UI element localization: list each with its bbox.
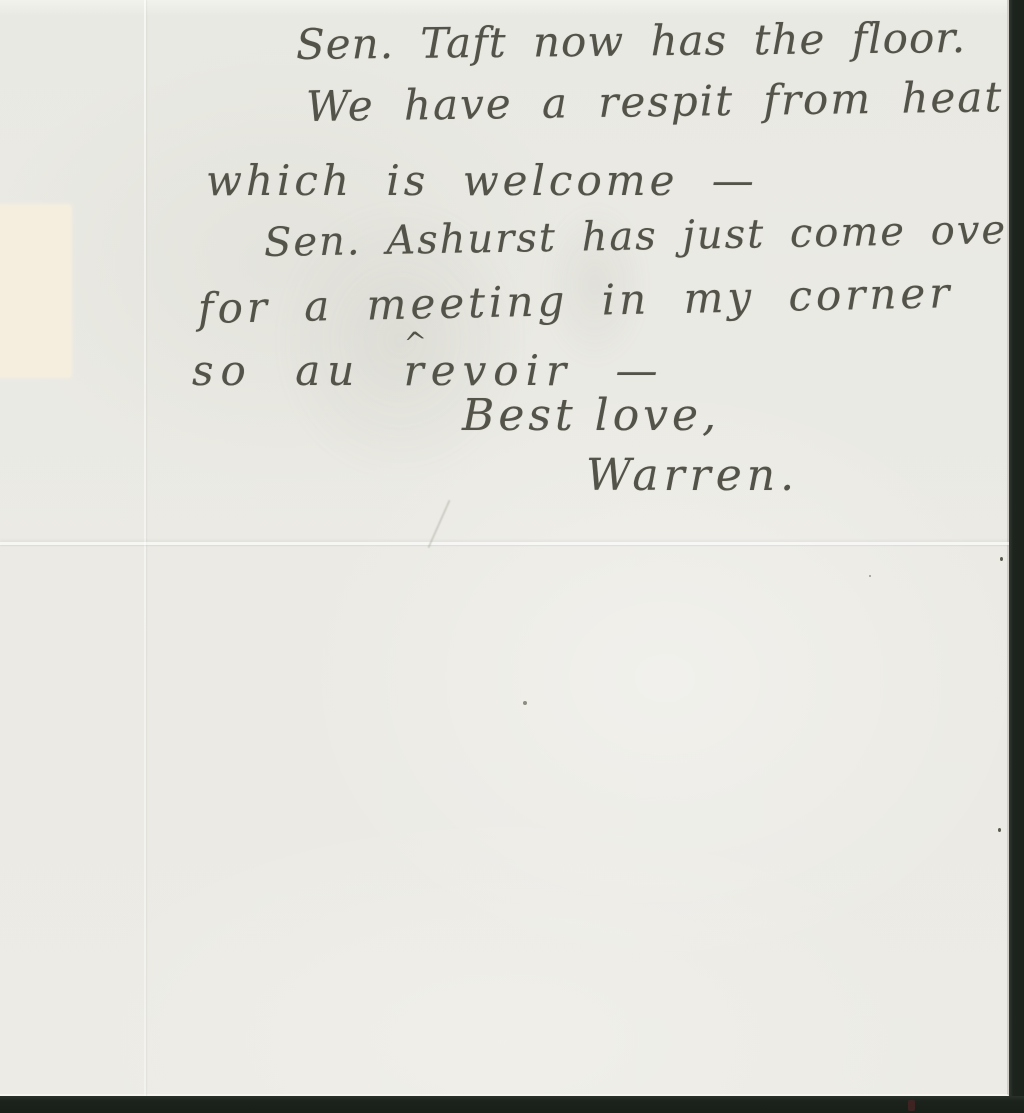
dust-speck	[998, 828, 1001, 832]
dust-speck	[1000, 557, 1003, 561]
dust-speck	[523, 701, 527, 705]
letter-page: Sen. Taft now has the floor. We have a r…	[0, 0, 1009, 1096]
handwriting-line-1: Sen. Taft now has the floor.	[296, 13, 967, 69]
scan-backing-bottom	[0, 1096, 1024, 1113]
paper-patch	[0, 204, 72, 378]
scanned-letter: Sen. Taft now has the floor. We have a r…	[0, 0, 1024, 1113]
handwriting-line-2: We have a respit from heat	[306, 72, 1004, 131]
dust-speck	[869, 575, 871, 577]
scan-backing-right	[1009, 0, 1024, 1113]
bleedthrough-ghost	[230, 150, 570, 530]
insertion-caret-mark: ^	[402, 325, 429, 360]
closing-line: Best love,	[462, 390, 720, 441]
vertical-fold-crease	[144, 0, 146, 1096]
backing-red-mark	[908, 1100, 915, 1111]
signature-line: Warren.	[586, 450, 799, 501]
horizontal-fold-crease	[0, 542, 1009, 545]
handwriting-line-3: which is welcome —	[206, 156, 758, 205]
